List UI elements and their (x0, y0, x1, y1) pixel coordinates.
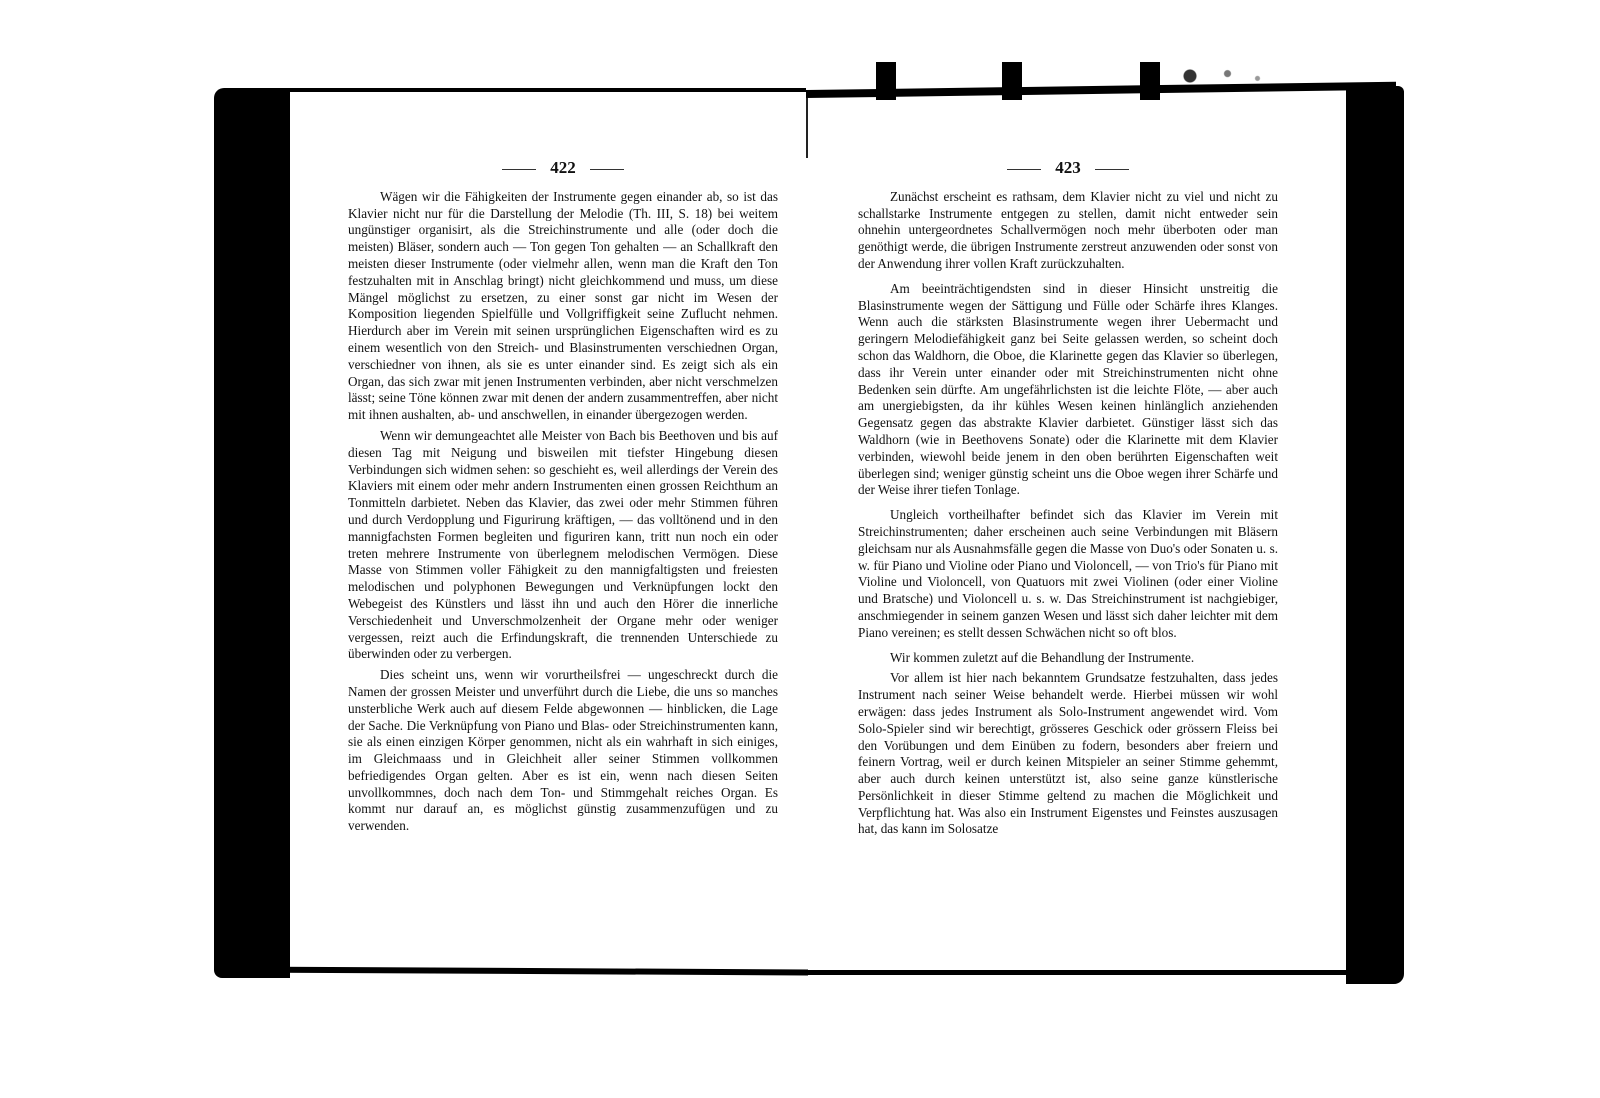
book-edge-right (1346, 86, 1404, 984)
paragraph: Wir kommen zuletzt auf die Behandlung de… (858, 650, 1278, 667)
page-tab-marker (1140, 62, 1160, 100)
scanned-book-spread: 422 Wägen wir die Fähigkeiten der Instru… (0, 0, 1600, 1098)
left-page: 422 Wägen wir die Fähigkeiten der Instru… (348, 160, 778, 839)
book-spine (806, 98, 808, 158)
book-edge-top-left (286, 88, 806, 92)
paragraph: Vor allem ist hier nach bekanntem Grunds… (858, 670, 1278, 838)
paragraph: Ungleich vortheilhafter befindet sich da… (858, 507, 1278, 641)
paragraph: Dies scheint uns, wenn wir vorurtheilsfr… (348, 667, 778, 835)
header-rule (590, 169, 624, 170)
book-edge-bottom-right (790, 970, 1350, 975)
page-number: 423 (1055, 158, 1081, 177)
page-number-header: 423 (858, 160, 1278, 177)
paragraph: Am beeinträchtigendsten sind in dieser H… (858, 281, 1278, 499)
book-edge-left (214, 88, 290, 978)
page-number-header: 422 (348, 160, 778, 177)
header-rule (1007, 169, 1041, 170)
paragraph: Wägen wir die Fähigkeiten der Instrument… (348, 189, 778, 424)
book-edge-bottom-left (248, 967, 808, 976)
header-rule (1095, 169, 1129, 170)
header-rule (502, 169, 536, 170)
right-page: 423 Zunächst erscheint es rathsam, dem K… (858, 160, 1278, 842)
page-number: 422 (550, 158, 576, 177)
paragraph: Zunächst erscheint es rathsam, dem Klavi… (858, 189, 1278, 273)
paragraph: Wenn wir demungeachtet alle Meister von … (348, 428, 778, 663)
